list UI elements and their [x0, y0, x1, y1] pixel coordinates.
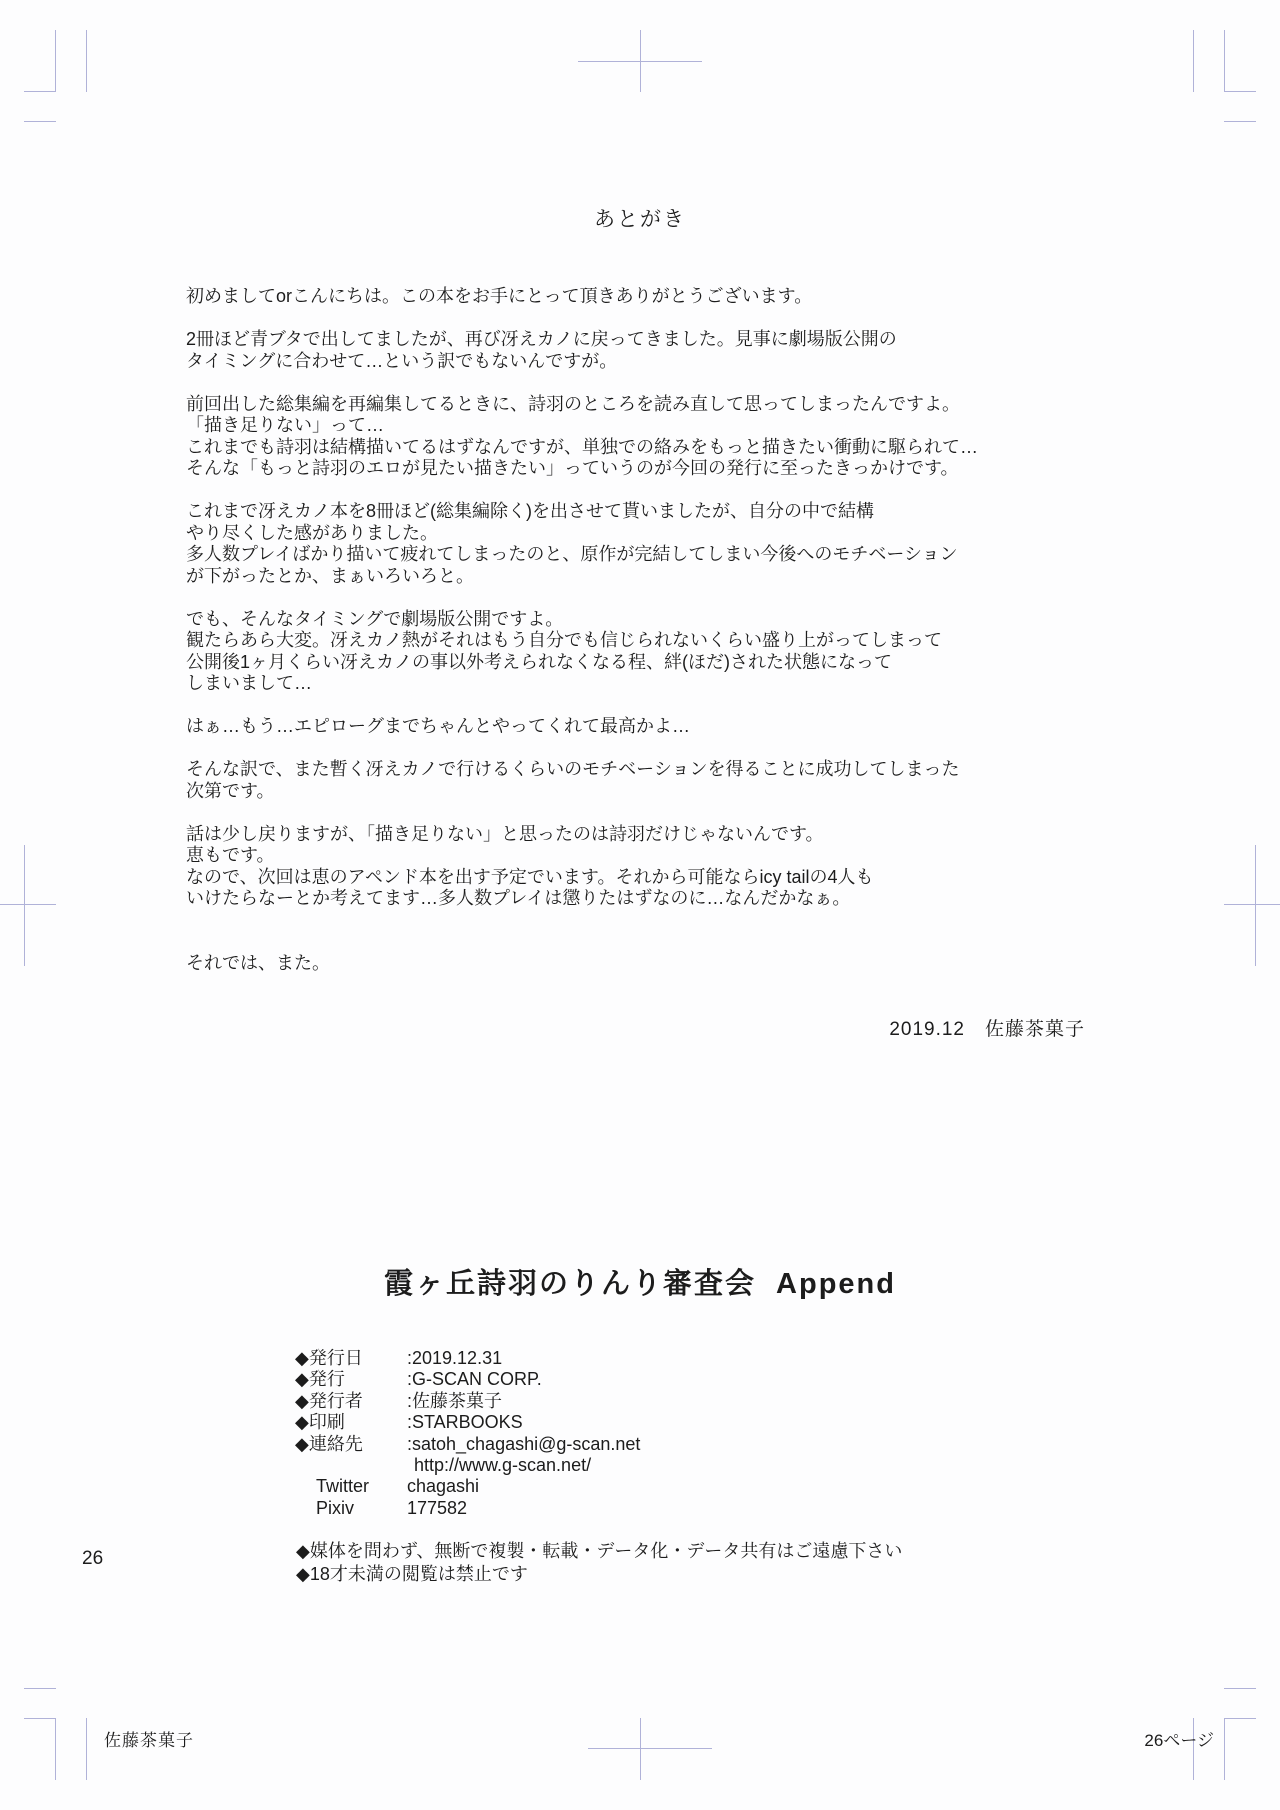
text-line: いけたらなーとか考えてます…多人数プレイは懲りたはずなのに…なんだかなぁ。 [186, 888, 1146, 910]
text-line: が下がったとか、まぁいろいろと。 [186, 566, 1146, 588]
crop-mark-top-left [24, 121, 56, 122]
colophon-row-value: http://www.g-scan.net/ [407, 1455, 591, 1476]
text-line: 多人数プレイばかり描いて疲れてしまったのと、原作が完結してしまい今後へのモチベー… [186, 544, 1146, 566]
text-line: 恵もです。 [186, 845, 1146, 867]
crop-mark-bottom-center [588, 1748, 712, 1749]
colophon-row: Twitterchagashi [295, 1476, 640, 1497]
afterword-heading: あとがき [0, 203, 1280, 233]
text-line: はぁ…もう…エピローグまでちゃんとやってくれて最高かよ… [186, 716, 1146, 738]
text-line: やり尽くした感がありました。 [186, 523, 1146, 545]
crop-mark-top-left [86, 30, 87, 92]
colophon-row-label: ◆連絡先 [295, 1434, 407, 1455]
colophon-row: ◆発行者:佐藤茶菓子 [295, 1391, 640, 1412]
afterword-paragraph: はぁ…もう…エピローグまでちゃんとやってくれて最高かよ… [186, 716, 1146, 738]
text-line: そんな「もっと詩羽のエロが見たい描きたい」っていうのが今回の発行に至ったきっかけ… [186, 458, 1146, 480]
colophon-row: ◆発行:G-SCAN CORP. [295, 1369, 640, 1390]
afterword-body: 初めましてorこんにちは。この本をお手にとって頂きありがとうございます。2冊ほど… [186, 286, 1146, 974]
text-line: 話は少し戻りますが、「描き足りない」と思ったのは詩羽だけじゃないんです。 [186, 824, 1146, 846]
text-line: 次第です。 [186, 781, 1146, 803]
crop-mark-bottom-left [55, 1718, 56, 1780]
colophon-row-label: ◆印刷 [295, 1412, 407, 1433]
crop-mark-top-right [1224, 121, 1256, 122]
colophon-row: ◆発行日:2019.12.31 [295, 1348, 640, 1369]
text-line: タイミングに合わせて…という訳でもないんですが。 [186, 351, 1146, 373]
crop-mark-top-right [1224, 91, 1256, 92]
margin-page-number: 26 [82, 1548, 103, 1570]
text-line: そんな訳で、また暫く冴えカノで行けるくらいのモチベーションを得ることに成功してし… [186, 759, 1146, 781]
colophon-rows: ◆発行日:2019.12.31◆発行:G-SCAN CORP.◆発行者:佐藤茶菓… [295, 1348, 640, 1519]
afterword-paragraph: それでは、また。 [186, 953, 1146, 975]
text-line: 公開後1ヶ月くらい冴えカノの事以外考えられなくなる程、絆(ほだ)された状態になっ… [186, 652, 1146, 674]
crop-mark-bottom-left [24, 1718, 56, 1719]
crop-mark-bottom-right [1224, 1718, 1225, 1780]
crop-mark-top-left [24, 91, 56, 92]
afterword-paragraph: 前回出した総集編を再編集してるときに、詩羽のところを読み直して思ってしまったんで… [186, 394, 1146, 480]
text-line: これまでも詩羽は結構描いてるはずなんですが、単独での絡みをもっと描きたい衝動に駆… [186, 437, 1146, 459]
text-line: それでは、また。 [186, 953, 1146, 975]
colophon-row-value: :佐藤茶菓子 [407, 1391, 502, 1412]
colophon-row-label: ◆発行日 [295, 1348, 407, 1369]
crop-mark-left-center [0, 904, 56, 905]
afterword-paragraph: 2冊ほど青ブタで出してましたが、再び冴えカノに戻ってきました。見事に劇場版公開の… [186, 329, 1146, 372]
crop-mark-left-center [24, 845, 25, 966]
crop-mark-top-right [1193, 30, 1194, 92]
colophon-row-value: 177582 [407, 1498, 467, 1519]
colophon-row: Pixiv177582 [295, 1498, 640, 1519]
crop-mark-bottom-center [640, 1718, 641, 1780]
crop-mark-top-center [640, 30, 641, 92]
colophon-row-value: :G-SCAN CORP. [407, 1369, 542, 1390]
colophon-row-label: ◆発行 [295, 1369, 407, 1390]
crop-mark-right-center [1224, 904, 1280, 905]
footer-page-label: 26ページ [1144, 1726, 1214, 1751]
colophon-row-value: :2019.12.31 [407, 1348, 502, 1369]
colophon-row-label [295, 1455, 407, 1476]
notice-line: ◆18才未満の閲覧は禁止です [296, 1563, 902, 1586]
text-line: しまいまして… [186, 673, 1146, 695]
crop-mark-top-left [55, 30, 56, 92]
colophon-row: http://www.g-scan.net/ [295, 1455, 640, 1476]
colophon-row-value: :satoh_chagashi@g-scan.net [407, 1434, 640, 1455]
text-line: 2冊ほど青ブタで出してましたが、再び冴えカノに戻ってきました。見事に劇場版公開の [186, 329, 1146, 351]
afterword-paragraph: これまで冴えカノ本を8冊ほど(総集編除く)を出させて貰いましたが、自分の中で結構… [186, 501, 1146, 587]
afterword-paragraph: 話は少し戻りますが、「描き足りない」と思ったのは詩羽だけじゃないんです。恵もです… [186, 824, 1146, 910]
crop-mark-top-right [1224, 30, 1225, 92]
colophon-row-label: Twitter [295, 1476, 407, 1497]
afterword-paragraph: 初めましてorこんにちは。この本をお手にとって頂きありがとうございます。 [186, 286, 1146, 308]
colophon-notices: ◆媒体を問わず、無断で複製・転載・データ化・データ共有はご遠慮下さい◆18才未満… [296, 1540, 902, 1586]
colophon-row-label: ◆発行者 [295, 1391, 407, 1412]
text-line: 観たらあら大変。冴えカノ熱がそれはもう自分でも信じられないくらい盛り上がってしま… [186, 630, 1146, 652]
crop-mark-right-center [1255, 845, 1256, 966]
text-line: 前回出した総集編を再編集してるときに、詩羽のところを読み直して思ってしまったんで… [186, 394, 1146, 416]
scanned-afterword-page: あとがき 初めましてorこんにちは。この本をお手にとって頂きありがとうございます… [0, 0, 1280, 1810]
crop-mark-bottom-right [1224, 1688, 1256, 1689]
crop-mark-bottom-left [24, 1688, 56, 1689]
text-line: 「描き足りない」って… [186, 415, 1146, 437]
crop-mark-bottom-right [1224, 1718, 1256, 1719]
colophon-row: ◆連絡先:satoh_chagashi@g-scan.net [295, 1434, 640, 1455]
notice-line: ◆媒体を問わず、無断で複製・転載・データ化・データ共有はご遠慮下さい [296, 1540, 902, 1563]
text-line: これまで冴えカノ本を8冊ほど(総集編除く)を出させて貰いましたが、自分の中で結構 [186, 501, 1146, 523]
afterword-signature: 2019.12 佐藤茶菓子 [889, 1014, 1085, 1041]
footer-author: 佐藤茶菓子 [104, 1726, 194, 1751]
colophon-row-value: :STARBOOKS [407, 1412, 523, 1433]
colophon-book-title: 霞ヶ丘詩羽のりんり審査会 Append [0, 1261, 1280, 1302]
afterword-paragraph: でも、そんなタイミングで劇場版公開ですよ。観たらあら大変。冴えカノ熱がそれはもう… [186, 609, 1146, 695]
text-line: でも、そんなタイミングで劇場版公開ですよ。 [186, 609, 1146, 631]
afterword-paragraph: そんな訳で、また暫く冴えカノで行けるくらいのモチベーションを得ることに成功してし… [186, 759, 1146, 802]
colophon-row: ◆印刷:STARBOOKS [295, 1412, 640, 1433]
text-line: なので、次回は恵のアペンド本を出す予定でいます。それから可能ならicy tail… [186, 867, 1146, 889]
text-line: 初めましてorこんにちは。この本をお手にとって頂きありがとうございます。 [186, 286, 1146, 308]
crop-mark-bottom-left [86, 1718, 87, 1780]
colophon-row-label: Pixiv [295, 1498, 407, 1519]
colophon-row-value: chagashi [407, 1476, 479, 1497]
